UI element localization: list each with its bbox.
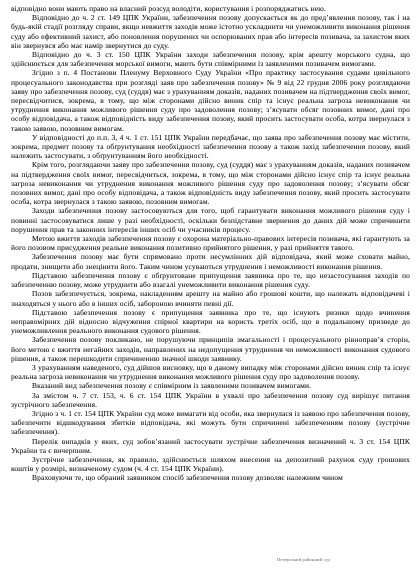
paragraph: За змістом ч. 7 ст. 153, ч. 6 ст. 154 ЦП… xyxy=(11,391,410,409)
paragraph: Підставою забезпечення позову є обґрунто… xyxy=(11,271,410,289)
paragraph: Метою вжиття заходів забезпечення позову… xyxy=(11,234,410,252)
paragraph: Забезпечення позову покликано, не порушу… xyxy=(11,335,410,363)
paragraph: Крім того, розглядаючи заяву про забезпе… xyxy=(11,160,410,206)
paragraph: Позов забезпечується, зокрема, накладенн… xyxy=(11,289,410,307)
scanned-document-page: відповідно вони мають право на власний р… xyxy=(0,0,418,570)
document-body: відповідно вони мають право на власний р… xyxy=(11,4,410,483)
paragraph: Враховуючи те, що обраний заявником спос… xyxy=(11,473,410,482)
paragraph: Забезпечення позову має бути спрямовано … xyxy=(11,252,410,270)
paragraph: Перелік випадків у яких, суд зобов’язани… xyxy=(11,437,410,455)
paragraph: Згідно з п. 4 Постанови Пленуму Верховно… xyxy=(11,68,410,132)
paragraph: Заходи забезпечення позову застосовуютьс… xyxy=(11,206,410,234)
court-name-footer-stamp: Печерський районний суд xyxy=(277,557,330,563)
paragraph: Відповідно до ч. 3 ст. 150 ЦПК України з… xyxy=(11,50,410,68)
paragraph: Відповідно до ч. 2 ст. 149 ЦПК України, … xyxy=(11,13,410,50)
paragraph: З урахуванням наведеного, суд дійшов вис… xyxy=(11,363,410,381)
paragraph: Підставою забезпечення позову є припущен… xyxy=(11,308,410,336)
paragraph: відповідно вони мають право на власний р… xyxy=(11,4,410,13)
paragraph: Вказаний вид забезпечення позову є співм… xyxy=(11,381,410,390)
paragraph: У відповідності до п.п. 3, 4 ч. 1 ст. 15… xyxy=(11,133,410,161)
paragraph: Зустрічне забезпечення, як правило, здій… xyxy=(11,455,410,473)
paragraph: Згідно з ч. 1 ст. 154 ЦПК України суд мо… xyxy=(11,409,410,437)
